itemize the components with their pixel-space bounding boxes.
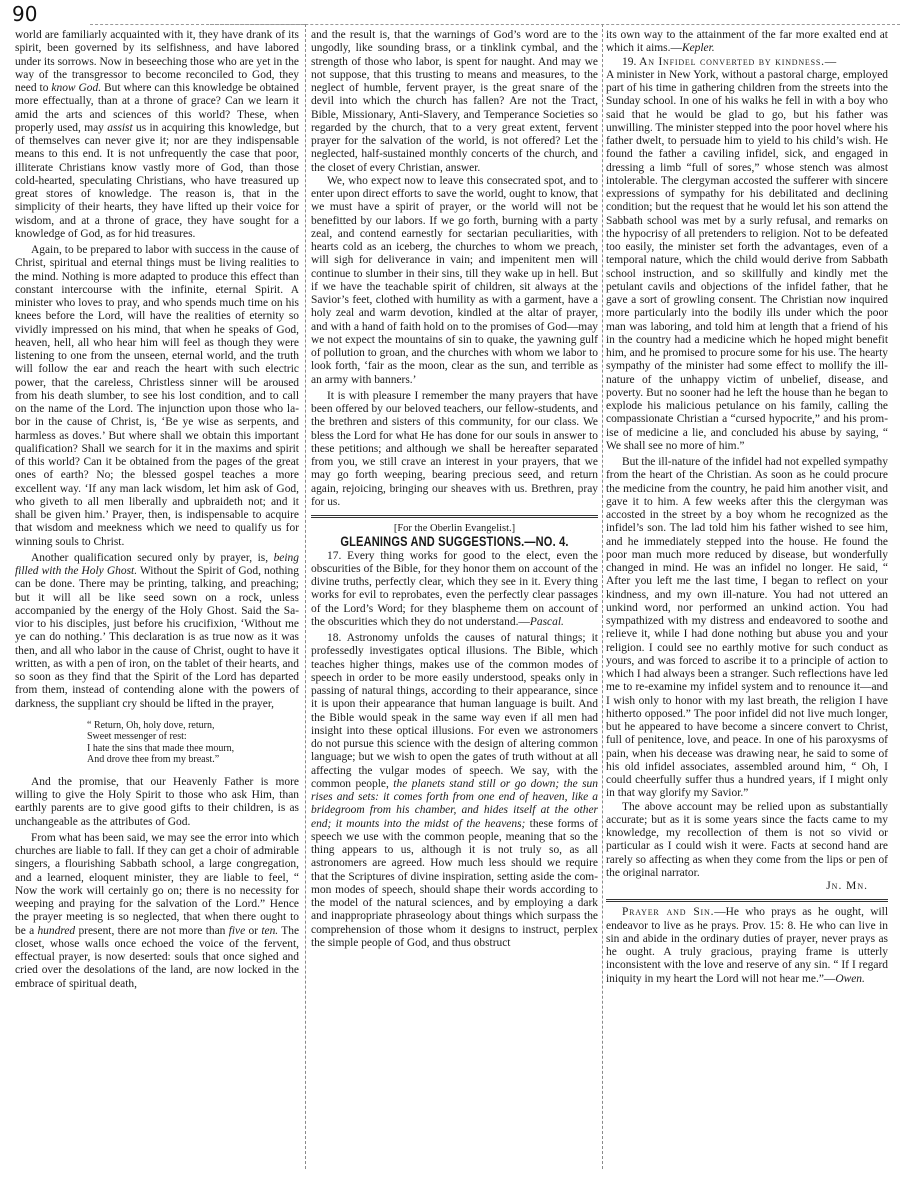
paragraph: The above account may be relied upon as … bbox=[606, 801, 888, 881]
prayer-and-sin-title: Prayer and Sin. bbox=[622, 906, 714, 918]
article-item-18: 18. Astronomy unfolds the causes of natu… bbox=[311, 632, 598, 950]
paragraph: But the ill-nature of the infidel had no… bbox=[606, 456, 888, 801]
paragraph: its own way to the attainment of the far… bbox=[606, 29, 888, 56]
article-item-17: 17. Every thing works for good to the el… bbox=[311, 550, 598, 630]
article-source: [For the Oberlin Evangelist.] bbox=[311, 522, 598, 535]
section-divider bbox=[311, 515, 598, 518]
paragraph: And the promise, that our Heavenly Fathe… bbox=[15, 776, 299, 829]
column-2: and the result is, that the warnings of … bbox=[311, 29, 598, 950]
column-3: its own way to the attainment of the far… bbox=[606, 29, 888, 986]
paragraph: world are familiarly acquainted with it,… bbox=[15, 29, 299, 241]
column-1: world are familiarly acquainted with it,… bbox=[15, 29, 299, 991]
paragraph: Another qualification secured only by pr… bbox=[15, 552, 299, 711]
page-number: 90 bbox=[12, 2, 37, 26]
column-divider-1 bbox=[305, 24, 306, 1169]
author-signature: Jn. Mn. bbox=[826, 880, 888, 893]
article-headline: GLEANINGS AND SUGGESTIONS.—NO. 4. bbox=[337, 535, 572, 548]
paragraph: It is with pleasure I remember the many … bbox=[311, 390, 598, 509]
article-item-19-heading: 19. An Infidel converted by kindness.— bbox=[606, 56, 888, 69]
paragraph: From what has been said, we may see the … bbox=[15, 832, 299, 991]
prayer-and-sin-paragraph: Prayer and Sin.—He who prays as he ought… bbox=[606, 906, 888, 986]
paragraph: and the result is, that the warnings of … bbox=[311, 29, 598, 175]
section-divider bbox=[606, 899, 888, 902]
column-divider-2 bbox=[602, 24, 603, 1169]
paragraph: A minister in New York, without a pastor… bbox=[606, 69, 888, 453]
paragraph: We, who expect now to leave this consecr… bbox=[311, 175, 598, 387]
hymn-quote: “ Return, Oh, holy dove, return, Sweet m… bbox=[87, 720, 299, 766]
paragraph: Again, to be prepared to labor with succ… bbox=[15, 244, 299, 549]
top-rule-right bbox=[210, 24, 900, 25]
signature-line: Jn. Mn. bbox=[606, 880, 888, 893]
item-19-title: An Infidel converted by kindness. bbox=[639, 56, 825, 68]
